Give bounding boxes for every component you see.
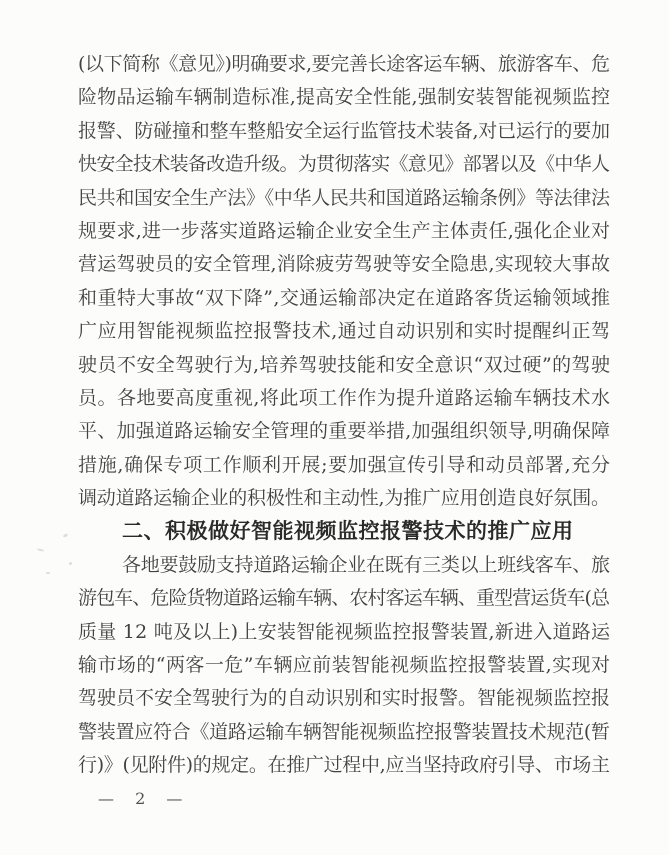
text-line-content: 质量 12 吨及以上)上安装智能视频监控报警装置,新进入道路运 — [78, 616, 610, 649]
text-line-content: 广应用智能视频监控报警技术,通过自动识别和实时提醒纠正驾 — [78, 315, 610, 348]
text-line: 各地要鼓励支持道路运输企业在既有三类以上班线客车、旅 — [78, 549, 610, 582]
text-line: 和重特大事故“双下降”,交通运输部决定在道路客货运输领域推 — [78, 282, 610, 315]
text-line: 营运驾驶员的安全管理,消除疲劳驾驶等安全隐患,实现较大事故 — [78, 248, 610, 281]
document-text-block: (以下简称《意见》)明确要求,要完善长途客运车辆、旅游客车、危 险物品运输车辆制… — [78, 48, 610, 783]
text-line: 报警、防碰撞和整车整船安全运行监管技术装备,对已运行的要加 — [78, 115, 610, 148]
section-heading: 二、积极做好智能视频监控报警技术的推广应用 — [78, 515, 610, 548]
text-line: 险物品运输车辆制造标准,提高安全性能,强制安装智能视频监控 — [78, 81, 610, 114]
text-line: 驶员不安全驾驶行为,培养驾驶技能和安全意识“双过硬”的驾驶 — [78, 349, 610, 382]
text-line-content: 各地要鼓励支持道路运输企业在既有三类以上班线客车、旅 — [122, 549, 610, 582]
text-line: 调动道路运输企业的积极性和主动性,为推广应用创造良好氛围。 — [78, 482, 610, 515]
scan-speck — [46, 572, 50, 574]
text-line: 民共和国安全生产法》《中华人民共和国道路运输条例》等法律法 — [78, 182, 610, 215]
text-line-content: 民共和国安全生产法》《中华人民共和国道路运输条例》等法律法 — [78, 182, 610, 215]
scan-speck — [69, 562, 72, 565]
text-line-content: 调动道路运输企业的积极性和主动性,为推广应用创造良好氛围。 — [78, 482, 610, 515]
text-line-content: 平、加强道路运输安全管理的重要举措,加强组织领导,明确保障 — [78, 415, 610, 448]
text-line: (以下简称《意见》)明确要求,要完善长途客运车辆、旅游客车、危 — [78, 48, 610, 81]
text-line: 员。各地要高度重视,将此项工作作为提升道路运输车辆技术水 — [78, 382, 610, 415]
text-line-content: 险物品运输车辆制造标准,提高安全性能,强制安装智能视频监控 — [78, 81, 610, 114]
text-line: 输市场的“两客一危”车辆应前装智能视频监控报警装置,实现对 — [78, 649, 610, 682]
text-line-content: 输市场的“两客一危”车辆应前装智能视频监控报警装置,实现对 — [78, 649, 610, 682]
text-line: 警装置应符合《道路运输车辆智能视频监控报警装置技术规范(暂 — [78, 716, 610, 749]
text-line-content: 行)》(见附件)的规定。在推广过程中,应当坚持政府引导、市场主 — [78, 749, 610, 782]
text-line-content: 员。各地要高度重视,将此项工作作为提升道路运输车辆技术水 — [78, 382, 610, 415]
scanned-document-page: (以下简称《意见》)明确要求,要完善长途客运车辆、旅游客车、危 险物品运输车辆制… — [0, 0, 669, 855]
scan-speck — [37, 548, 44, 551]
page-number: — 2 — — [98, 784, 190, 814]
text-line: 驾驶员不安全驾驶行为的自动识别和实时报警。智能视频监控报 — [78, 682, 610, 715]
text-line-content: 驶员不安全驾驶行为,培养驾驶技能和安全意识“双过硬”的驾驶 — [78, 349, 610, 382]
text-line: 行)》(见附件)的规定。在推广过程中,应当坚持政府引导、市场主 — [78, 749, 610, 782]
text-line: 平、加强道路运输安全管理的重要举措,加强组织领导,明确保障 — [78, 415, 610, 448]
text-line-content: 报警、防碰撞和整车整船安全运行监管技术装备,对已运行的要加 — [78, 115, 610, 148]
text-line: 广应用智能视频监控报警技术,通过自动识别和实时提醒纠正驾 — [78, 315, 610, 348]
text-line-content: 警装置应符合《道路运输车辆智能视频监控报警装置技术规范(暂 — [78, 716, 610, 749]
text-line-content: 快安全技术装备改造升级。为贯彻落实《意见》部署以及《中华人 — [78, 148, 609, 181]
text-line: 措施,确保专项工作顺利开展;要加强宣传引导和动员部署,充分 — [78, 449, 610, 482]
text-line-content: 游包车、危险货物道路运输车辆、农村客运车辆、重型营运货车(总 — [78, 582, 609, 615]
text-line-content: (以下简称《意见》)明确要求,要完善长途客运车辆、旅游客车、危 — [78, 48, 610, 81]
text-line-content: 措施,确保专项工作顺利开展;要加强宣传引导和动员部署,充分 — [78, 449, 611, 482]
text-line: 快安全技术装备改造升级。为贯彻落实《意见》部署以及《中华人 — [78, 148, 610, 181]
text-line-content: 和重特大事故“双下降”,交通运输部决定在道路客货运输领域推 — [78, 282, 610, 315]
text-line-content: 营运驾驶员的安全管理,消除疲劳驾驶等安全隐患,实现较大事故 — [78, 248, 610, 281]
text-line-content: 规要求,进一步落实道路运输企业安全生产主体责任,强化企业对 — [78, 215, 610, 248]
text-line: 规要求,进一步落实道路运输企业安全生产主体责任,强化企业对 — [78, 215, 610, 248]
section-heading-text: 二、积极做好智能视频监控报警技术的推广应用 — [122, 519, 574, 543]
text-line-content: 驾驶员不安全驾驶行为的自动识别和实时报警。智能视频监控报 — [78, 682, 610, 715]
text-line: 游包车、危险货物道路运输车辆、农村客运车辆、重型营运货车(总 — [78, 582, 610, 615]
text-line: 质量 12 吨及以上)上安装智能视频监控报警装置,新进入道路运 — [78, 616, 610, 649]
scan-speck — [63, 533, 69, 538]
